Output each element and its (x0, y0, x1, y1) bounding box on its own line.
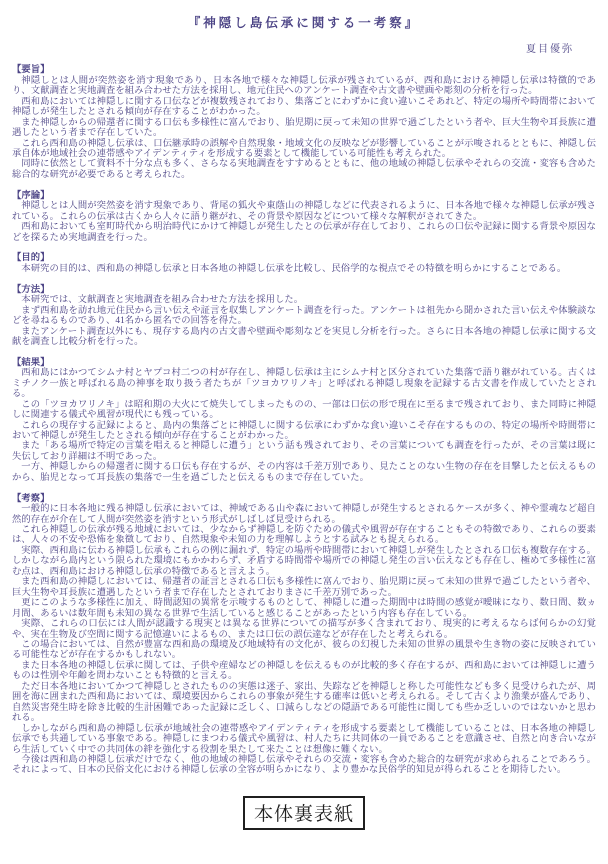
document-body: 【要旨】神隠しとは人間が突然姿を消す現象であり、日本各地で様々な神隠し伝承が残さ… (12, 65, 596, 776)
paragraph: 実際、これらの口伝には人間が認識する現実とは異なる世界についての描写が多く含まれ… (12, 619, 596, 640)
paragraph: 一方、神隠しからの帰還者に関する口伝も存在するが、その内容は千差万別であり、見た… (12, 462, 596, 483)
section-heading: 【目的】 (12, 253, 596, 263)
section-results: 【結果】西和島にはかつてシムナ村とヤプコ村二つの村が存在し、神隠し伝承は主にシム… (12, 358, 596, 483)
paragraph: 本研究の目的は、西和島の神隠し伝承と日本各地の神隠し伝承を比較し、民俗学的な視点… (12, 264, 596, 274)
paragraph: 本研究では、文献調査と実地調査を組み合わせた方法を採用した。 (12, 295, 596, 305)
paragraph: ただ日本各地においてかつて神隠しとされたものの実態は迷子、家出、失踪などを神隠し… (12, 682, 596, 724)
section-introduction: 【序論】神隠しとは人間が突然姿を消す現象であり、背尾の狐火や東蔭山の神隠しなどに… (12, 191, 596, 243)
paragraph: これら西和島の神隠し伝承は、口伝継承時の誤解や自然現象・地域文化の反映などが影響… (12, 139, 596, 160)
paragraph: 実際、西和島に伝わる神隠し伝承もこれらの例に漏れず、特定の場所や時間帯において神… (12, 546, 596, 577)
section-heading: 【考察】 (12, 494, 596, 504)
paragraph: 神隠しとは人間が突然姿を消す現象であり、背尾の狐火や東蔭山の神隠しなどに代表され… (12, 201, 596, 222)
paragraph: 西和島においては神隠しに関する口伝などが複数残されており、集落ごとにわずかに食い… (12, 97, 596, 118)
paragraph: また西和島の神隠しにおいては、帰還者の証言とされる口伝も多様性に富んでおり、胎児… (12, 577, 596, 598)
paragraph: これらの現存する記録によると、島内の集落ごとに神隠しに関する伝承にわずかな食い違… (12, 421, 596, 442)
paragraph: またアンケート調査以外にも、現存する島内の古文書や壁画や彫刻などを実見し分析を行… (12, 327, 596, 348)
paragraph: 一般的に日本各地に残る神隠し伝承においては、神域である山や森において神隠しが発生… (12, 504, 596, 525)
paragraph: これら神隠しの伝承が残る地域においては、少なからず神隠しを防ぐための儀式や風習が… (12, 525, 596, 546)
paragraph: 同時に依然として資料不十分な点も多く、さらなる実地調査をすすめるとともに、他の地… (12, 159, 596, 180)
author-name: 夏目優弥 (12, 40, 574, 55)
section-heading: 【要旨】 (12, 65, 596, 75)
paragraph: 神隠しとは人間が突然姿を消す現象であり、日本各地で様々な神隠し伝承が残されている… (12, 76, 596, 97)
section-heading: 【方法】 (12, 285, 596, 295)
paragraph: 今後は西和島の神隠し伝承だけでなく、他の地域の神隠し伝承やそれらの交流・変容も含… (12, 755, 596, 776)
paragraph: この場合においては、自然が豊富な西和島の環境及び地域特有の文化が、彼らの幻視した… (12, 640, 596, 661)
section-purpose: 【目的】本研究の目的は、西和島の神隠し伝承と日本各地の神隠し伝承を比較し、民俗学… (12, 253, 596, 274)
paragraph: まず西和島を訪れ地元住民から言い伝えや証言を収集しアンケート調査を行った。アンケ… (12, 306, 596, 327)
back-cover-label-box: 本体裏表紙 (243, 796, 365, 830)
paragraph: しかしながら西和島の神隠し伝承が地域社会の連帯感やアイデンティティを形成する要素… (12, 724, 596, 755)
paragraph: 更にこのような多様性に加え、時間認知の異常を示唆するものとして、神隠しに遭った期… (12, 598, 596, 619)
section-abstract: 【要旨】神隠しとは人間が突然姿を消す現象であり、日本各地で様々な神隠し伝承が残さ… (12, 65, 596, 180)
page-title: 『神隠し島伝承に関する一考察』 (12, 13, 596, 31)
paragraph: また「ある場所で特定の言葉を唱えると神隠しに遭う」という話も残されており、その言… (12, 441, 596, 462)
document-page: 『神隠し島伝承に関する一考察』 夏目優弥 【要旨】神隠しとは人間が突然姿を消す現… (0, 0, 608, 864)
paragraph: また神隠しからの帰還者に関する口伝も多様性に富んでおり、胎児期に戻って未知の世界… (12, 118, 596, 139)
paragraph: 西和島においても室町時代から明治時代にかけて神隠しが発生したとの伝承が存在してお… (12, 222, 596, 243)
section-method: 【方法】本研究では、文献調査と実地調査を組み合わせた方法を採用した。まず西和島を… (12, 285, 596, 348)
paragraph: 西和島にはかつてシムナ村とヤプコ村二つの村が存在し、神隠し伝承は主にシムナ村と区… (12, 368, 596, 399)
section-heading: 【結果】 (12, 358, 596, 368)
paragraph: この「ツヨカワリノキ」は昭和期の大火にて焼失してしまったものの、一部は口伝の形で… (12, 400, 596, 421)
section-discussion: 【考察】一般的に日本各地に残る神隠し伝承においては、神域である山や森において神隠… (12, 494, 596, 776)
paragraph: また日本各地の神隠し伝承に関しては、子供や産婦などの神隠しを伝えるものが比較的多… (12, 661, 596, 682)
back-cover-label: 本体裏表紙 (254, 804, 354, 825)
section-heading: 【序論】 (12, 191, 596, 201)
